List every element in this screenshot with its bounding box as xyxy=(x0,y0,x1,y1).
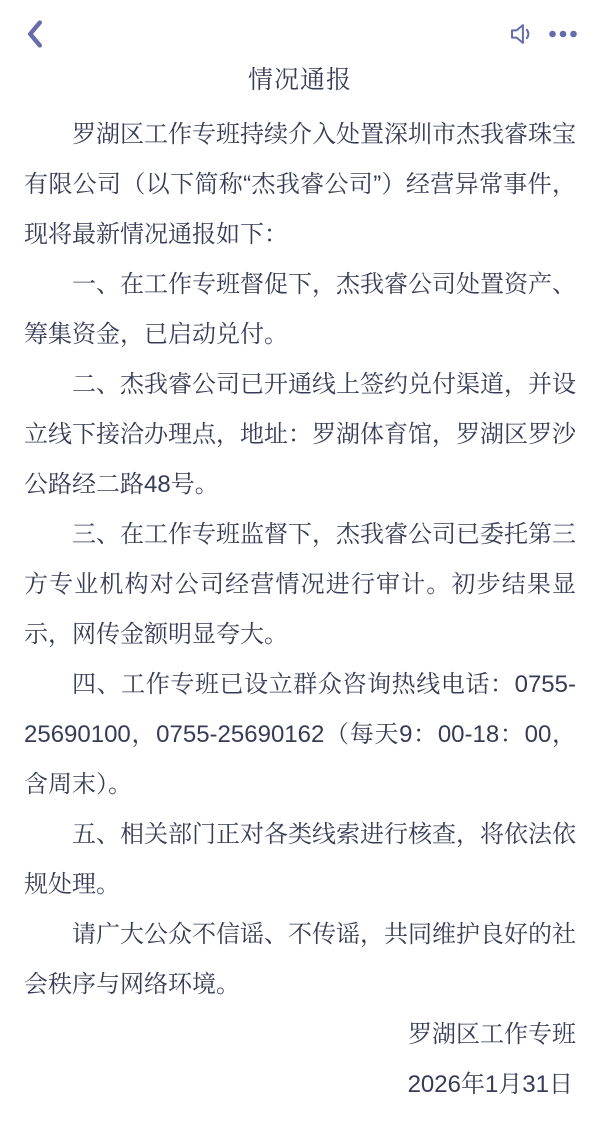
more-menu-button[interactable] xyxy=(548,19,578,49)
page-title: 情况通报 xyxy=(0,62,600,98)
date: 2026年1月31日 xyxy=(24,1060,576,1110)
notice-body: 罗湖区工作专班持续介入处置深圳市杰我睿珠宝有限公司（以下简称“杰我睿公司”）经营… xyxy=(0,98,600,1110)
paragraph-closing: 请广大公众不信谣、不传谣，共同维护良好的社会秩序与网络环境。 xyxy=(24,910,576,1010)
ellipsis-icon xyxy=(548,19,578,49)
paragraph-intro: 罗湖区工作专班持续介入处置深圳市杰我睿珠宝有限公司（以下简称“杰我睿公司”）经营… xyxy=(24,110,576,260)
paragraph-item-3: 三、在工作专班监督下，杰我睿公司已委托第三方专业机构对公司经营情况进行审计。初步… xyxy=(24,510,576,660)
back-button[interactable] xyxy=(26,19,43,49)
speaker-icon xyxy=(506,19,536,49)
read-aloud-button[interactable] xyxy=(506,19,536,49)
top-bar xyxy=(0,0,600,62)
notice-page: 情况通报 罗湖区工作专班持续介入处置深圳市杰我睿珠宝有限公司（以下简称“杰我睿公… xyxy=(0,0,600,1139)
paragraph-item-4: 四、工作专班已设立群众咨询热线电话：0755-25690100，0755-256… xyxy=(24,660,576,810)
paragraph-item-1: 一、在工作专班督促下，杰我睿公司处置资产、筹集资金，已启动兑付。 xyxy=(24,260,576,360)
chevron-left-icon xyxy=(26,19,43,49)
paragraph-item-5: 五、相关部门正对各类线索进行核查，将依法依规处理。 xyxy=(24,810,576,910)
signature: 罗湖区工作专班 xyxy=(24,1010,576,1060)
topbar-actions xyxy=(506,19,578,49)
paragraph-item-2: 二、杰我睿公司已开通线上签约兑付渠道，并设立线下接洽办理点，地址：罗湖体育馆，罗… xyxy=(24,360,576,510)
